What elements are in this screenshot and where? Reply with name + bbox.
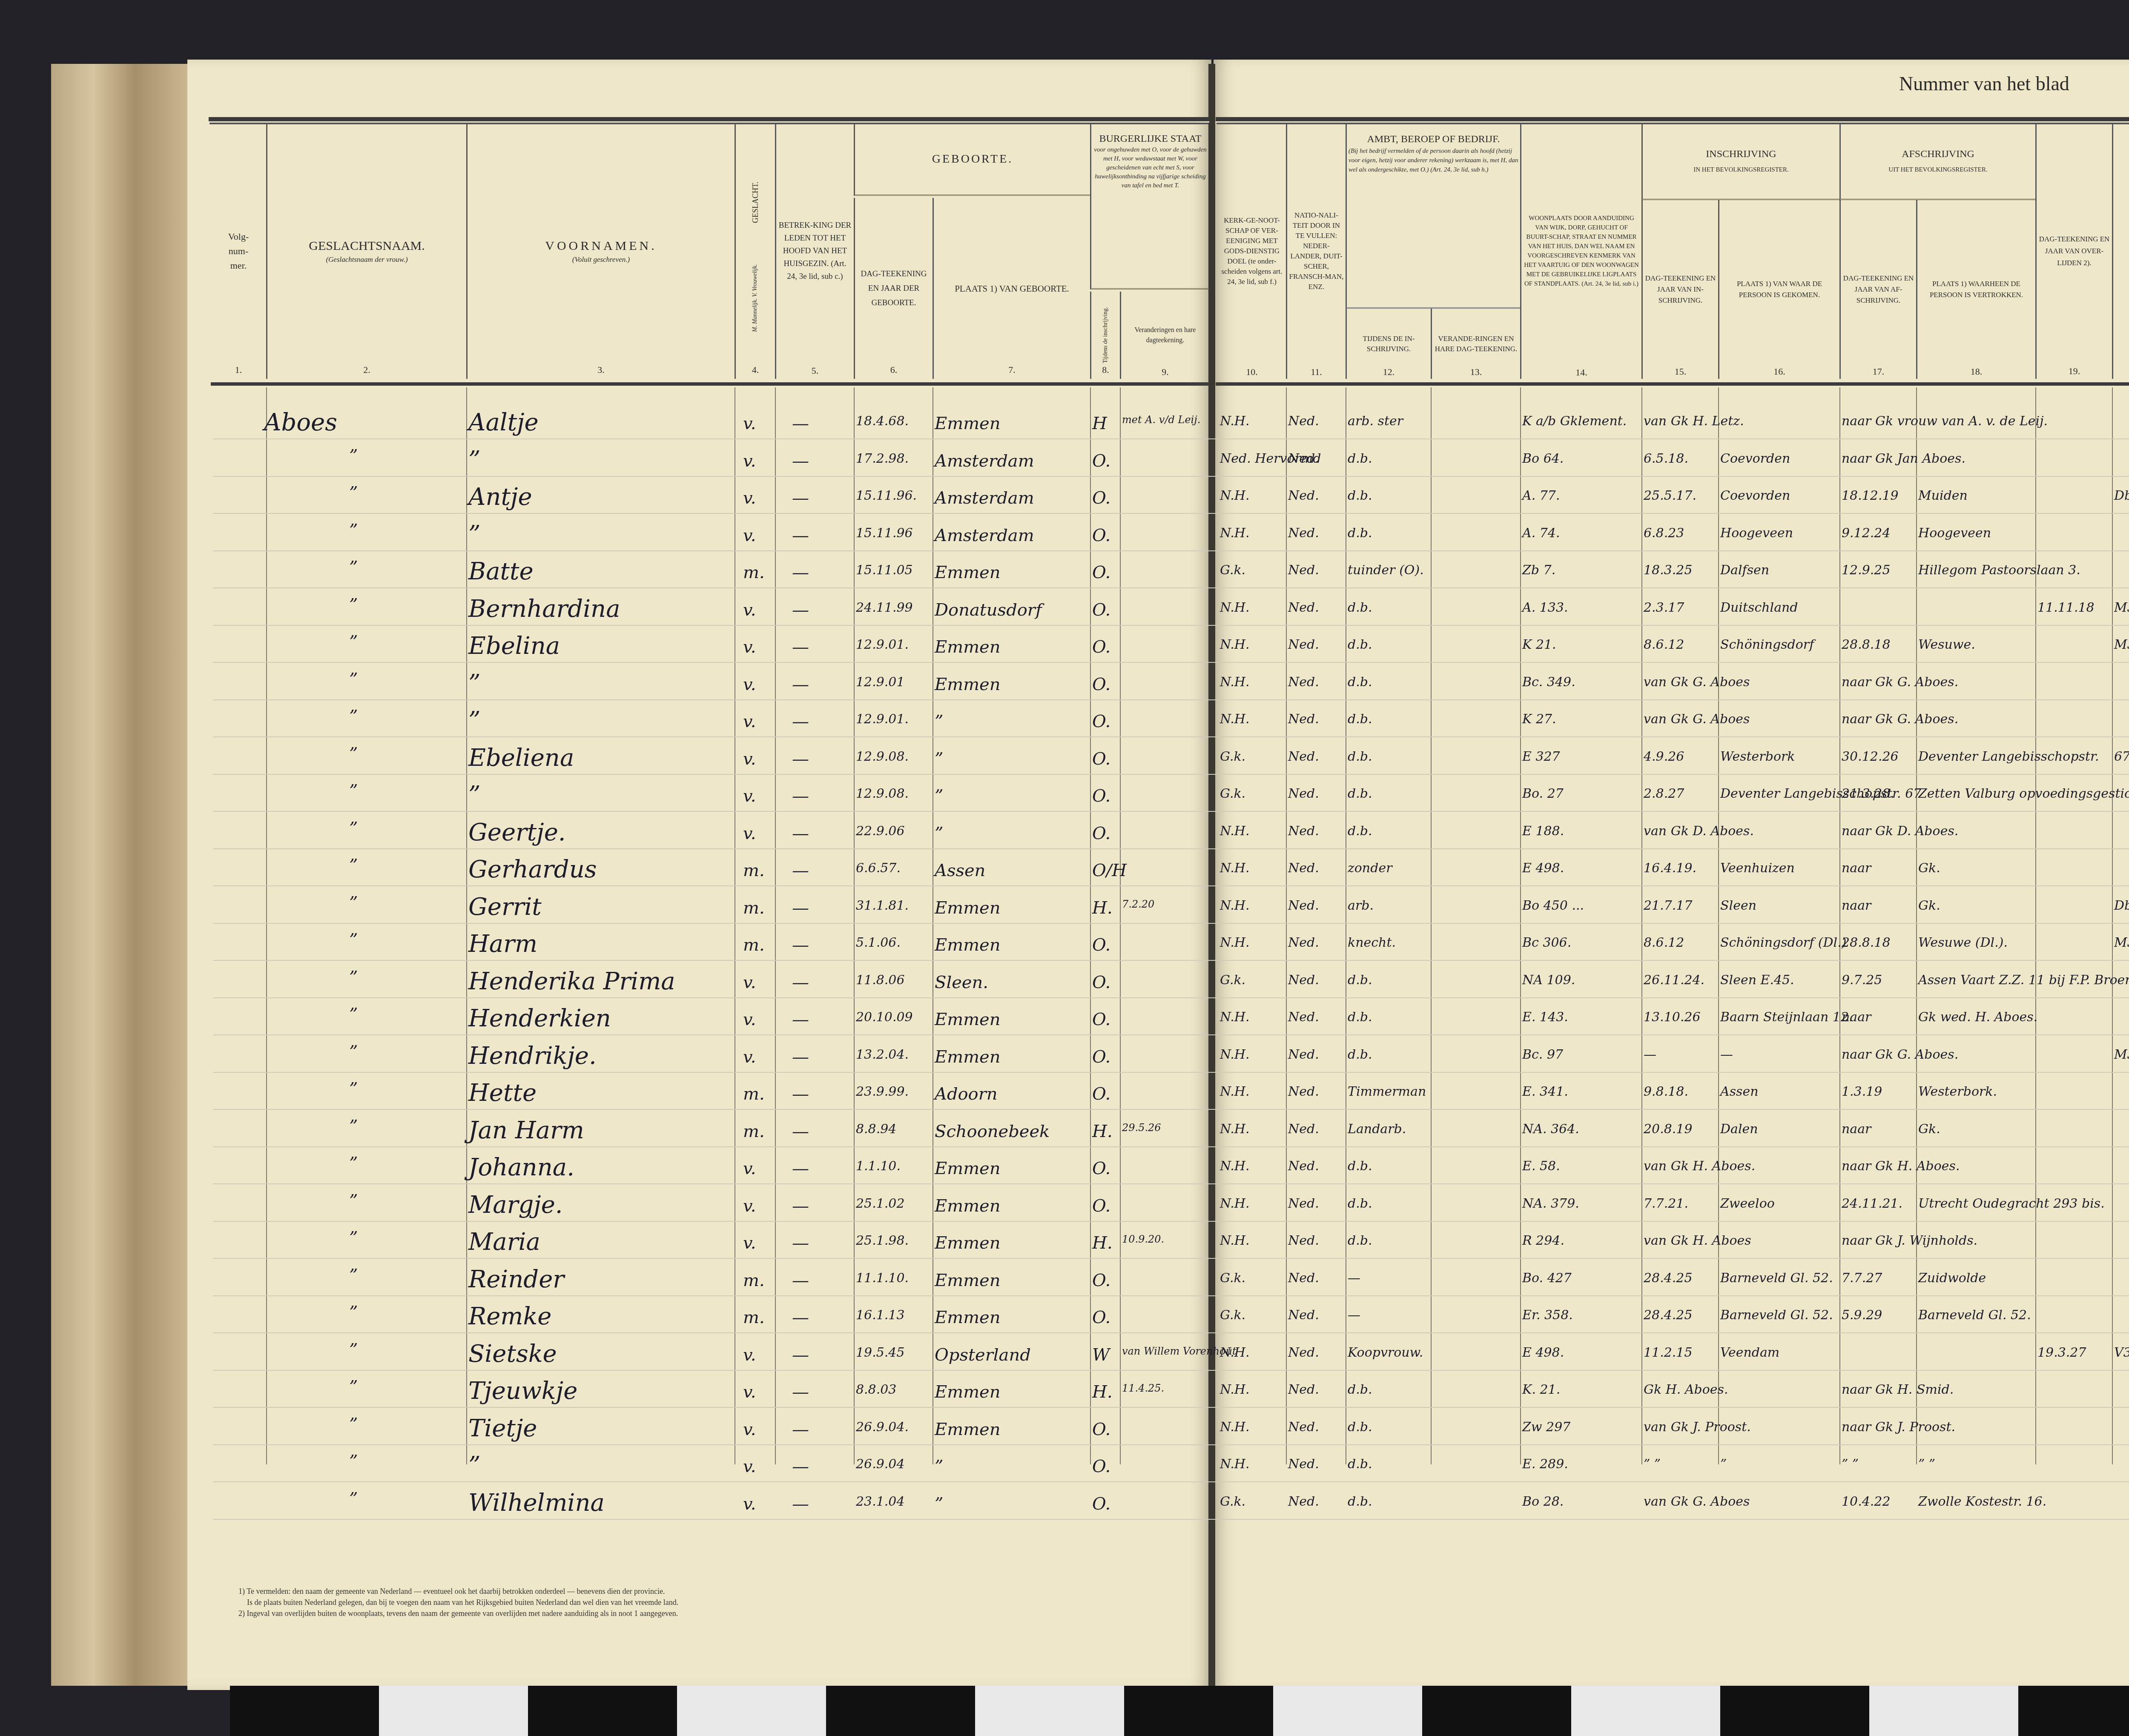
entry-place: ” (935, 786, 943, 806)
row-guide-line (213, 1295, 2129, 1296)
entry-remarks: M3 – 117. (2114, 600, 2129, 615)
entry-church: N.H. (1220, 1382, 1250, 1397)
entry-sex: v. (743, 786, 756, 806)
entry-surname: ” (349, 1079, 358, 1099)
entry-rel: — (792, 1494, 809, 1514)
entry-place: Emmen (935, 675, 1001, 694)
entry-given: Gerrit (468, 893, 542, 921)
entry-in-from: Coevorden (1720, 451, 1790, 466)
entry-sex: v. (743, 1196, 756, 1216)
entry-out-to: ” ” (1918, 1457, 1935, 1472)
entry-nat: Ned. (1288, 1420, 1319, 1435)
col-header-aanmerkingen: AAN-MERKINGEN. (Art. 24, 5e lid.) 20. (2112, 123, 2129, 379)
entry-surname: ” (349, 707, 358, 726)
entry-surname: ” (349, 1117, 358, 1136)
entry-address: E. 58. (1522, 1159, 1560, 1174)
entry-surname: ” (349, 893, 358, 913)
entry-civil: O. (1092, 1457, 1110, 1476)
entry-out-date: naar Gk H. Aboes. (1842, 1159, 1960, 1174)
entry-place: ” (935, 749, 943, 769)
entry-job: Koopvrouw. (1348, 1345, 1423, 1360)
page-stack-left (51, 64, 192, 1686)
entry-surname: ” (349, 781, 358, 801)
entry-address: Bo. 427 (1522, 1271, 1572, 1286)
entry-given: Ebelina (468, 632, 560, 660)
entry-surname: ” (349, 595, 358, 615)
entry-civil: H. (1092, 1122, 1113, 1141)
entry-job: — (1348, 1308, 1360, 1323)
entry-nat: Ned. (1288, 1122, 1319, 1137)
entry-birth: 11.1.10. (856, 1271, 909, 1286)
entry-rel: — (792, 861, 809, 880)
entry-church: N.H. (1220, 712, 1250, 727)
entry-nat: Ned. (1288, 1457, 1319, 1472)
entry-out-date: 9.7.25 (1842, 973, 1882, 988)
col-header-woonplaats: WOONPLAATS DOOR AANDUIDING VAN WIJK, DOR… (1520, 123, 1641, 379)
entry-given: Hette (468, 1079, 537, 1107)
entry-place: Amsterdam (935, 526, 1034, 545)
entry-address: NA. 364. (1522, 1122, 1579, 1137)
entry-place: ” (935, 1457, 943, 1476)
entry-place: Opsterland (935, 1345, 1031, 1365)
entry-nat: Ned. (1288, 898, 1319, 913)
entry-sex: v. (743, 526, 756, 545)
entry-church: N.H. (1220, 935, 1250, 950)
entry-sex: v. (743, 1382, 756, 1402)
entry-place: ” (935, 1494, 943, 1514)
entry-rel: — (792, 935, 809, 955)
entry-church: N.H. (1220, 526, 1250, 541)
entry-surname: ” (349, 632, 358, 652)
entry-out-to: Gk wed. H. Aboes. (1918, 1010, 2037, 1025)
entry-place: Assen (935, 861, 985, 880)
column-rule (735, 387, 735, 1464)
entry-nat: Ned. (1288, 1196, 1319, 1211)
footnote-2: 2) Ingeval van overlijden buiten de woon… (238, 1608, 678, 1619)
entry-in-date: 25.5.17. (1644, 488, 1696, 503)
entry-out-to: Utrecht Oudegracht 293 bis. (1918, 1196, 2105, 1211)
entry-out-date: 28.8.18 (1842, 637, 1891, 652)
entry-out-date: 18.12.19 (1842, 488, 1899, 503)
entry-job: d.b. (1348, 1382, 1372, 1397)
entry-job: d.b. (1348, 1010, 1372, 1025)
entry-job: d.b. (1348, 600, 1372, 615)
entry-job: arb. (1348, 898, 1374, 913)
entry-rel: — (792, 1233, 809, 1253)
header-top-rule-right (1216, 117, 2129, 123)
entry-birth: 12.9.01. (856, 637, 909, 652)
entry-address: E 188. (1522, 824, 1564, 839)
entry-civil-change: 10.9.20. (1122, 1233, 1164, 1245)
entry-nat: Ned. (1288, 712, 1319, 727)
entry-place: Emmen (935, 935, 1001, 955)
col-group-geboorte: GEBOORTE. (854, 123, 1090, 196)
entry-in-from: Sleen E.45. (1720, 973, 1794, 988)
entry-in-from: Assen (1720, 1084, 1759, 1099)
entry-in-date: 18.3.25 (1644, 563, 1693, 578)
entry-in-date: 2.8.27 (1644, 786, 1684, 801)
entry-place: Sleen. (935, 973, 988, 992)
entry-church: N.H. (1220, 1420, 1250, 1435)
entry-birth: 8.8.94 (856, 1122, 896, 1137)
entry-surname: ” (349, 1005, 358, 1024)
entry-given: Ebeliena (468, 744, 574, 772)
entry-nat: Ned. (1288, 1271, 1319, 1286)
entry-sex: m. (743, 563, 765, 582)
entry-out-date: 30.12.26 (1842, 749, 1899, 764)
entry-birth: 23.9.99. (856, 1084, 909, 1099)
entry-out-to: Westerbork. (1918, 1084, 1997, 1099)
row-guide-line (213, 587, 2129, 588)
entry-surname: ” (349, 1154, 358, 1173)
entry-civil: H. (1092, 898, 1113, 918)
entry-surname: ” (349, 670, 358, 689)
col-header-afschrijving-plaats: PLAATS 1) WAARHEEN DE PERSOON IS VERTROK… (1916, 200, 2035, 379)
row-guide-line (213, 1109, 2129, 1110)
entry-address: E 327 (1522, 749, 1560, 764)
entry-given: Henderika Prima (468, 968, 675, 995)
entry-civil: H (1092, 414, 1107, 433)
col-header-voornamen: VOORNAMEN. (Voluit geschreven.) 3. (466, 123, 735, 379)
column-rule (933, 387, 933, 1464)
entry-place: Emmen (935, 1420, 1001, 1439)
entry-in-date: 6.8.23 (1644, 526, 1684, 541)
footnote-1b: Is de plaats buiten Nederland gelegen, d… (238, 1597, 678, 1608)
entry-birth: 12.9.01. (856, 712, 909, 727)
entry-address: Zw 297 (1522, 1420, 1570, 1435)
entry-remarks: 67. (2114, 749, 2129, 764)
entry-place: Emmen (935, 637, 1001, 657)
row-guide-line (213, 699, 2129, 700)
column-rule (1839, 387, 1840, 1464)
column-rule (2112, 387, 2113, 1464)
entry-job: d.b. (1348, 637, 1372, 652)
entry-job: d.b. (1348, 488, 1372, 503)
column-rule (1431, 387, 1432, 1464)
entry-nat: Ned. (1288, 1159, 1319, 1174)
col-header-geslachtsnaam: GESLACHTSNAAM. (Geslachtsnaam der vrouw.… (266, 123, 466, 379)
entry-in-from: ” (1720, 1457, 1727, 1472)
entry-birth: 17.2.98. (856, 451, 909, 466)
entry-rel: — (792, 1159, 809, 1178)
entry-rel: — (792, 451, 809, 471)
col-header-betrekking: BETREK-KING DER LEDEN TOT HET HOOFD VAN … (775, 123, 854, 379)
entry-job: d.b. (1348, 824, 1372, 839)
row-guide-line (213, 1258, 2129, 1259)
entry-birth: 26.9.04. (856, 1420, 909, 1435)
entry-surname: ” (349, 856, 358, 875)
entry-rel: — (792, 526, 809, 545)
entry-church: N.H. (1220, 898, 1250, 913)
entry-given: Hendrikje. (468, 1042, 597, 1070)
entry-given: Geertje. (468, 819, 566, 846)
entry-address: Bc. 349. (1522, 675, 1575, 690)
entry-birth: 15.11.05 (856, 563, 913, 578)
row-guide-line (213, 811, 2129, 812)
entry-place: Emmen (935, 1047, 1001, 1067)
entry-civil: O. (1092, 488, 1110, 508)
entry-job: d.b. (1348, 1457, 1372, 1472)
entry-civil: O. (1092, 1420, 1110, 1439)
entry-given: Maria (468, 1228, 540, 1256)
entry-surname: ” (349, 968, 358, 987)
entry-church: G.k. (1220, 973, 1245, 988)
entry-out-to: Deventer Langebisschopstr. (1918, 749, 2099, 764)
entry-out-date: 1.3.19 (1842, 1084, 1882, 1099)
entry-rel: — (792, 1084, 809, 1104)
entry-sex: v. (743, 1457, 756, 1476)
entry-in-date: 28.4.25 (1644, 1271, 1693, 1286)
entry-sex: v. (743, 600, 756, 620)
entry-sex: v. (743, 488, 756, 508)
entry-birth: 12.9.01 (856, 675, 905, 690)
entry-in-date: 8.6.12 (1644, 935, 1684, 950)
row-guide-line (213, 1519, 2129, 1520)
entry-place: Donatusdorf (935, 600, 1042, 620)
entry-out-date: 5.9.29 (1842, 1308, 1882, 1323)
entry-nat: Ned. (1288, 563, 1319, 578)
entry-birth: 12.9.08. (856, 749, 909, 764)
row-guide-line (213, 1332, 2129, 1333)
col-header-nationaliteit: NATIO-NALI-TEIT DOOR IN TE VULLEN: NEDER… (1286, 123, 1346, 379)
entry-in-from: Barneveld Gl. 52. (1720, 1271, 1833, 1286)
col-header-ambt-veranderingen: VERANDE-RINGEN EN HARE DAG-TEEKENING. 13… (1431, 309, 1520, 379)
entry-sex: v. (743, 675, 756, 694)
entry-out-to: Muiden (1918, 488, 1968, 503)
entry-civil: O. (1092, 1047, 1110, 1067)
entry-out-to: Wesuwe (Dl.). (1918, 935, 2008, 950)
entry-civil: O. (1092, 935, 1110, 955)
footnote-1: 1) Te vermelden: den naam der gemeente v… (238, 1586, 678, 1597)
entry-nat: Ned. (1288, 935, 1319, 950)
entry-in-date: 26.11.24. (1644, 973, 1704, 988)
entry-job: d.b. (1348, 1233, 1372, 1248)
entry-address: NA. 379. (1522, 1196, 1579, 1211)
entry-birth: 23.1.04 (856, 1494, 905, 1509)
col-group-ambt: AMBT, BEROEP OF BEDRIJF. (Bij het bedrij… (1346, 123, 1520, 309)
entry-rel: — (792, 637, 809, 657)
entry-in-from: Veendam (1720, 1345, 1779, 1360)
entry-out-to: Gk. (1918, 1122, 1940, 1137)
entry-out-to: Zetten Valburg opvoedingsgesticht. (1918, 786, 2129, 801)
entry-birth: 11.8.06 (856, 973, 905, 988)
entry-out-date: naar (1842, 898, 1871, 913)
entry-birth: 24.11.99 (856, 600, 913, 615)
entry-rel: — (792, 749, 809, 769)
entry-church: N.H. (1220, 637, 1250, 652)
entry-out-date: naar (1842, 861, 1871, 876)
entry-given: Wilhelmina (468, 1489, 605, 1517)
entry-in-date: 13.10.26 (1644, 1010, 1701, 1025)
entry-nat: Ned. (1288, 1047, 1319, 1062)
row-guide-line (213, 736, 2129, 737)
row-guide-line (213, 848, 2129, 849)
column-rule (1286, 387, 1287, 1464)
entry-church: N.H. (1220, 824, 1250, 839)
entry-address: Bo 450 ... (1522, 898, 1584, 913)
entry-civil: O. (1092, 675, 1110, 694)
col-group-afschrijving: AFSCHRIJVING UIT HET BEVOLKINGSREGISTER. (1839, 123, 2035, 200)
entry-in-date: van Gk H. Aboes (1644, 1233, 1751, 1248)
entry-rel: — (792, 1457, 809, 1476)
entry-church: N.H. (1220, 1010, 1250, 1025)
entry-address: K 27. (1522, 712, 1556, 727)
entry-out-date: naar Gk D. Aboes. (1842, 824, 1958, 839)
entry-nat: Ned. (1288, 637, 1319, 652)
entry-nat: Ned. (1288, 1494, 1319, 1509)
entry-given: ” (468, 670, 481, 697)
entry-surname: ” (349, 1303, 358, 1322)
entry-rel: — (792, 898, 809, 918)
entry-given: ” (468, 446, 481, 474)
entry-in-date: 6.5.18. (1644, 451, 1688, 466)
entry-given: ” (468, 521, 481, 548)
entry-job: d.b. (1348, 675, 1372, 690)
entry-church: N.H. (1220, 1047, 1250, 1062)
entry-civil: W (1092, 1345, 1110, 1365)
column-rule (2035, 387, 2036, 1464)
entry-address: Bc. 97 (1522, 1047, 1563, 1062)
entry-surname: ” (349, 1415, 358, 1434)
entry-address: E. 289. (1522, 1457, 1568, 1472)
entry-given: ” (468, 707, 481, 734)
entry-surname: ” (349, 1452, 358, 1471)
entry-in-date: 21.7.17 (1644, 898, 1693, 913)
entry-nat: Ned. (1288, 600, 1319, 615)
entry-given: Tjeuwkje (468, 1377, 577, 1405)
entry-place: Adoorn (935, 1084, 998, 1104)
entry-in-from: Dalen (1720, 1122, 1758, 1137)
entry-address: A. 133. (1522, 600, 1568, 615)
column-rule (266, 387, 267, 1464)
entry-sex: m. (743, 1122, 765, 1141)
col-header-burgerlijke-veranderingen: Veranderingen en hare dagteekening. 9. (1120, 292, 1209, 379)
header-bottom-rule-right (1216, 382, 2129, 386)
column-rule (775, 387, 776, 1464)
entry-church: N.H. (1220, 1233, 1250, 1248)
entry-church: N.H. (1220, 1122, 1250, 1137)
entry-civil: O. (1092, 712, 1110, 731)
entry-in-date: 28.4.25 (1644, 1308, 1693, 1323)
row-guide-line (213, 1183, 2129, 1184)
entry-rel: — (792, 563, 809, 582)
entry-in-date: 20.8.19 (1644, 1122, 1693, 1137)
entry-job: d.b. (1348, 526, 1372, 541)
entry-address: Bc 306. (1522, 935, 1571, 950)
entry-in-date: van Gk H. Aboes. (1644, 1159, 1755, 1174)
entry-given: Johanna. (468, 1154, 574, 1181)
entry-civil: O. (1092, 451, 1110, 471)
entry-civil: O. (1092, 1271, 1110, 1290)
entry-civil: O. (1092, 786, 1110, 806)
entry-birth: 15.11.96 (856, 526, 913, 541)
footnotes: 1) Te vermelden: den naam der gemeente v… (238, 1586, 678, 1619)
entry-in-from: Schöningsdorf (1720, 637, 1814, 652)
book-gutter (1208, 64, 1215, 1690)
entry-nat: Ned. (1288, 786, 1319, 801)
entry-job: d.b. (1348, 973, 1372, 988)
entry-out-to: Gk. (1918, 898, 1940, 913)
entry-sex: m. (743, 1084, 765, 1104)
entry-in-date: — (1644, 1047, 1656, 1062)
entry-nat: Ned. (1288, 1308, 1319, 1323)
entry-in-date: van Gk H. Letz. (1644, 414, 1744, 429)
entry-birth: 22.9.06 (856, 824, 905, 839)
entry-rel: — (792, 824, 809, 843)
entry-in-from: Zweeloo (1720, 1196, 1775, 1211)
col-group-burgerlijke-staat: BURGERLIJKE STAAT voor ongehuwden met O,… (1090, 123, 1209, 289)
entry-place: Amsterdam (935, 451, 1034, 471)
entry-church: N.H. (1220, 1457, 1250, 1472)
entry-sex: v. (743, 1047, 756, 1067)
column-rule (1120, 387, 1121, 1464)
entry-address: E. 341. (1522, 1084, 1568, 1099)
entry-surname: ” (349, 930, 358, 950)
entry-rel: — (792, 1122, 809, 1141)
row-guide-line (213, 960, 2129, 961)
entry-rel: — (792, 1196, 809, 1216)
entry-rel: — (792, 1345, 809, 1365)
entry-sex: v. (743, 1345, 756, 1365)
entry-address: E 498. (1522, 1345, 1564, 1360)
entry-birth: 8.8.03 (856, 1382, 896, 1397)
entry-out-to: Barneveld Gl. 52. (1918, 1308, 2031, 1323)
row-guide-line (213, 1444, 2129, 1445)
entry-out-date: 28.8.18 (1842, 935, 1891, 950)
entry-in-date: Gk H. Aboes. (1644, 1382, 1728, 1397)
entry-out-date: 10.4.22 (1842, 1494, 1891, 1509)
entry-civil: O. (1092, 1196, 1110, 1216)
col-header-kerkgenootschap: KERK-GE-NOOT-SCHAP OF VER-EENIGING MET G… (1218, 123, 1286, 379)
row-guide-line (213, 513, 2129, 514)
entry-place: Emmen (935, 1159, 1001, 1178)
entry-out-to: Hoogeveen (1918, 526, 1991, 541)
row-guide-line (213, 1407, 2129, 1408)
entry-surname: ” (349, 446, 358, 466)
entry-place: Emmen (935, 1271, 1001, 1290)
entry-nat: Ned. (1288, 824, 1319, 839)
entry-given: ” (468, 781, 481, 809)
entry-sex: m. (743, 898, 765, 918)
entry-in-date: 2.3.17 (1644, 600, 1684, 615)
entry-civil: O. (1092, 749, 1110, 769)
entry-nat: Ned. (1288, 451, 1319, 466)
entry-surname: ” (349, 1266, 358, 1285)
entry-church: N.H. (1220, 1084, 1250, 1099)
entry-church: N.H. (1220, 861, 1250, 876)
entry-birth: 31.1.81. (856, 898, 909, 913)
entry-rel: — (792, 1010, 809, 1029)
entry-nat: Ned. (1288, 1345, 1319, 1360)
entry-place: ” (935, 712, 943, 731)
entry-rel: — (792, 1382, 809, 1402)
entry-out-date: naar (1842, 1010, 1871, 1025)
entry-out-date: naar Gk vrouw van A. v. de Leij. (1842, 414, 2048, 429)
entry-sex: v. (743, 973, 756, 992)
entry-rel: — (792, 973, 809, 992)
entry-sex: v. (743, 712, 756, 731)
entry-civil: H. (1092, 1382, 1113, 1402)
entry-rel: — (792, 414, 809, 433)
row-guide-line (213, 1481, 2129, 1482)
entry-nat: Ned. (1288, 488, 1319, 503)
entry-surname: ” (349, 1489, 358, 1509)
entry-given: Antje (468, 483, 532, 511)
entry-place: Emmen (935, 414, 1001, 433)
entry-civil-change: 7.2.20 (1122, 898, 1154, 910)
entry-given: Batte (468, 558, 534, 585)
entry-place: Emmen (935, 898, 1001, 918)
